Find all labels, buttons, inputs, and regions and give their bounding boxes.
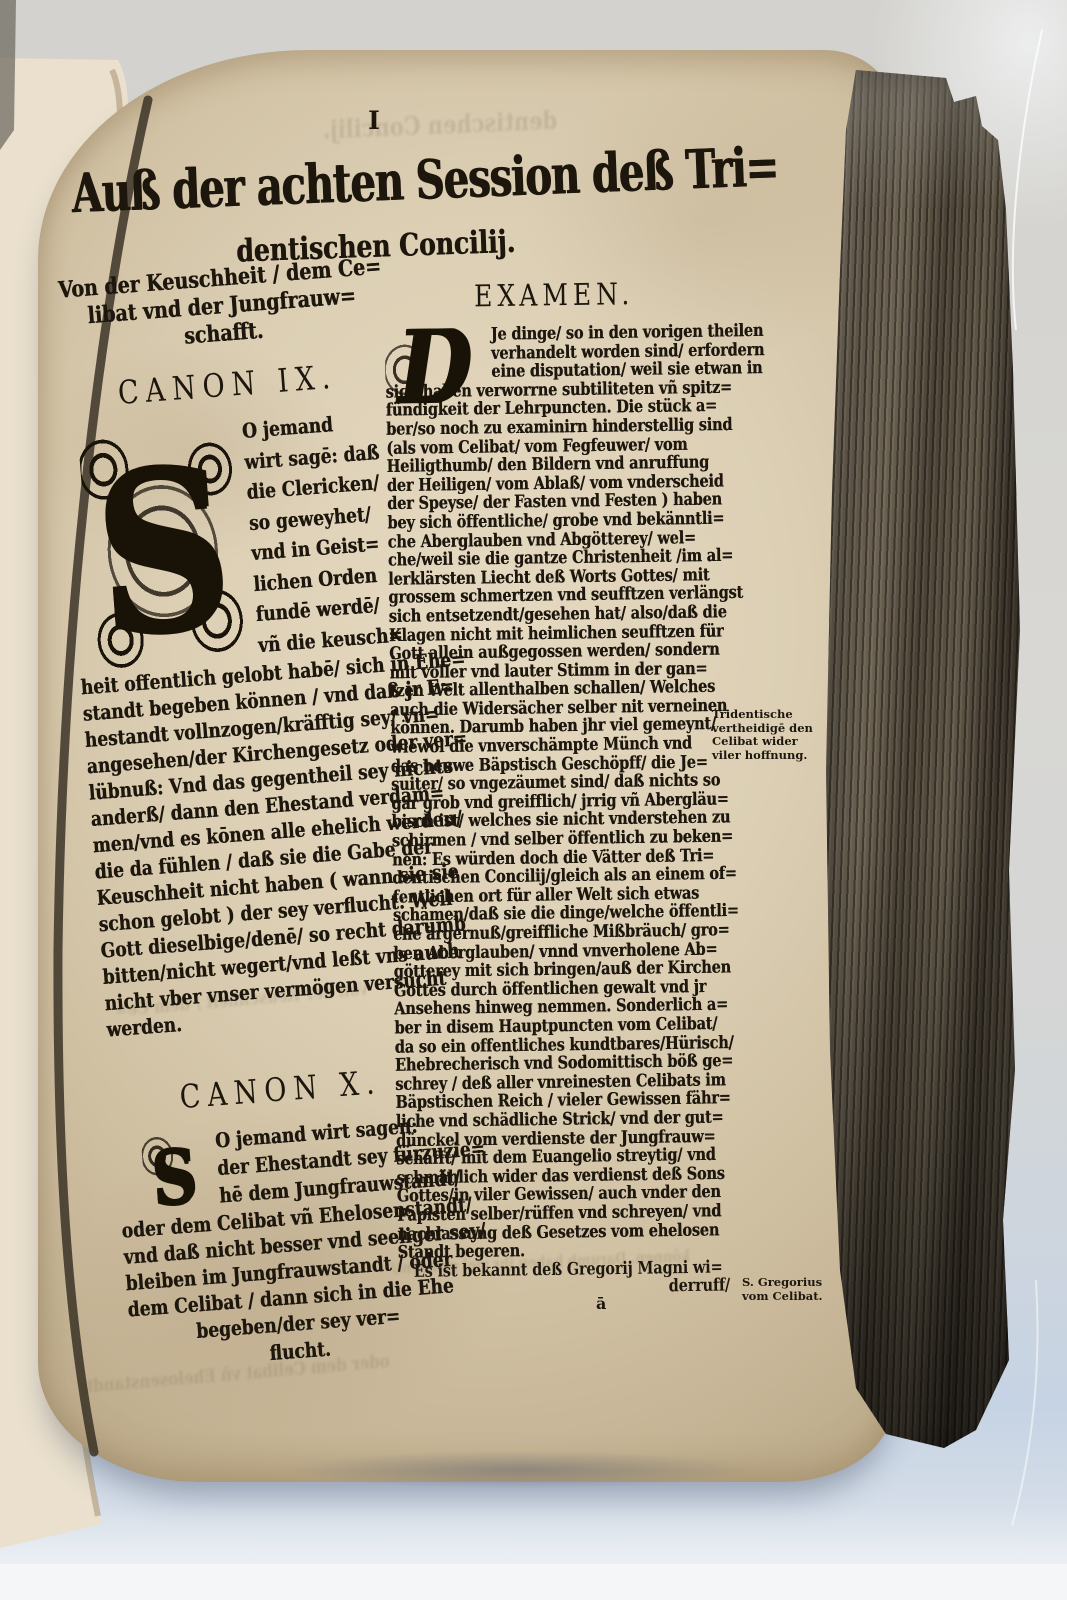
examen-lines-beside-initial: Je dinge/ so in den vorigen theilenverha… bbox=[491, 322, 726, 381]
photo-left-dark-sliver bbox=[0, 0, 16, 150]
text-line: Celibat wider bbox=[712, 735, 812, 749]
text-line: vom Celibat. bbox=[742, 1290, 842, 1304]
page-shadow bbox=[190, 1448, 850, 1502]
ornamental-initial-s: S bbox=[78, 423, 248, 679]
examen-text: D Je dinge/ so in den vorigen theilenver… bbox=[385, 322, 739, 1300]
canon-ix-heading: CANON IX. bbox=[58, 354, 398, 416]
right-text-column: EXAMEN. D Je dinge/ so in den vorigen th… bbox=[384, 275, 738, 1299]
text-line: viler hoffnung. bbox=[712, 749, 812, 763]
page-number: I bbox=[352, 106, 396, 135]
margin-note-gregorius: S. Gregoriusvom Celibat. bbox=[742, 1276, 842, 1303]
margin-note-tridentische: Tridentischevertheidigē denCelibat wider… bbox=[712, 708, 812, 762]
text-line: Tridentische bbox=[712, 708, 812, 722]
signature-mark: ā bbox=[596, 1294, 606, 1313]
initial-letter: D bbox=[396, 328, 472, 404]
ornamental-initial-s-small: S bbox=[141, 1132, 207, 1220]
ornamental-initial-d: D bbox=[385, 328, 484, 404]
book-fore-edge bbox=[826, 70, 1020, 1448]
initial-letter: S bbox=[86, 423, 239, 679]
examen-lines: sich haben verworrne subtiliteten vñ spi… bbox=[385, 378, 737, 1262]
text-line: vertheidigē den bbox=[712, 722, 812, 736]
backdrop-crease-line-2 bbox=[1012, 1280, 1038, 1526]
text-line: S. Gregorius bbox=[742, 1276, 842, 1290]
backdrop-bottom-strip bbox=[0, 1564, 1067, 1600]
examen-heading: EXAMEN. bbox=[384, 275, 724, 315]
book-photograph: dentischen Concilij. Von der Keuschheit … bbox=[0, 0, 1067, 1600]
initial-letter: S bbox=[148, 1132, 199, 1220]
